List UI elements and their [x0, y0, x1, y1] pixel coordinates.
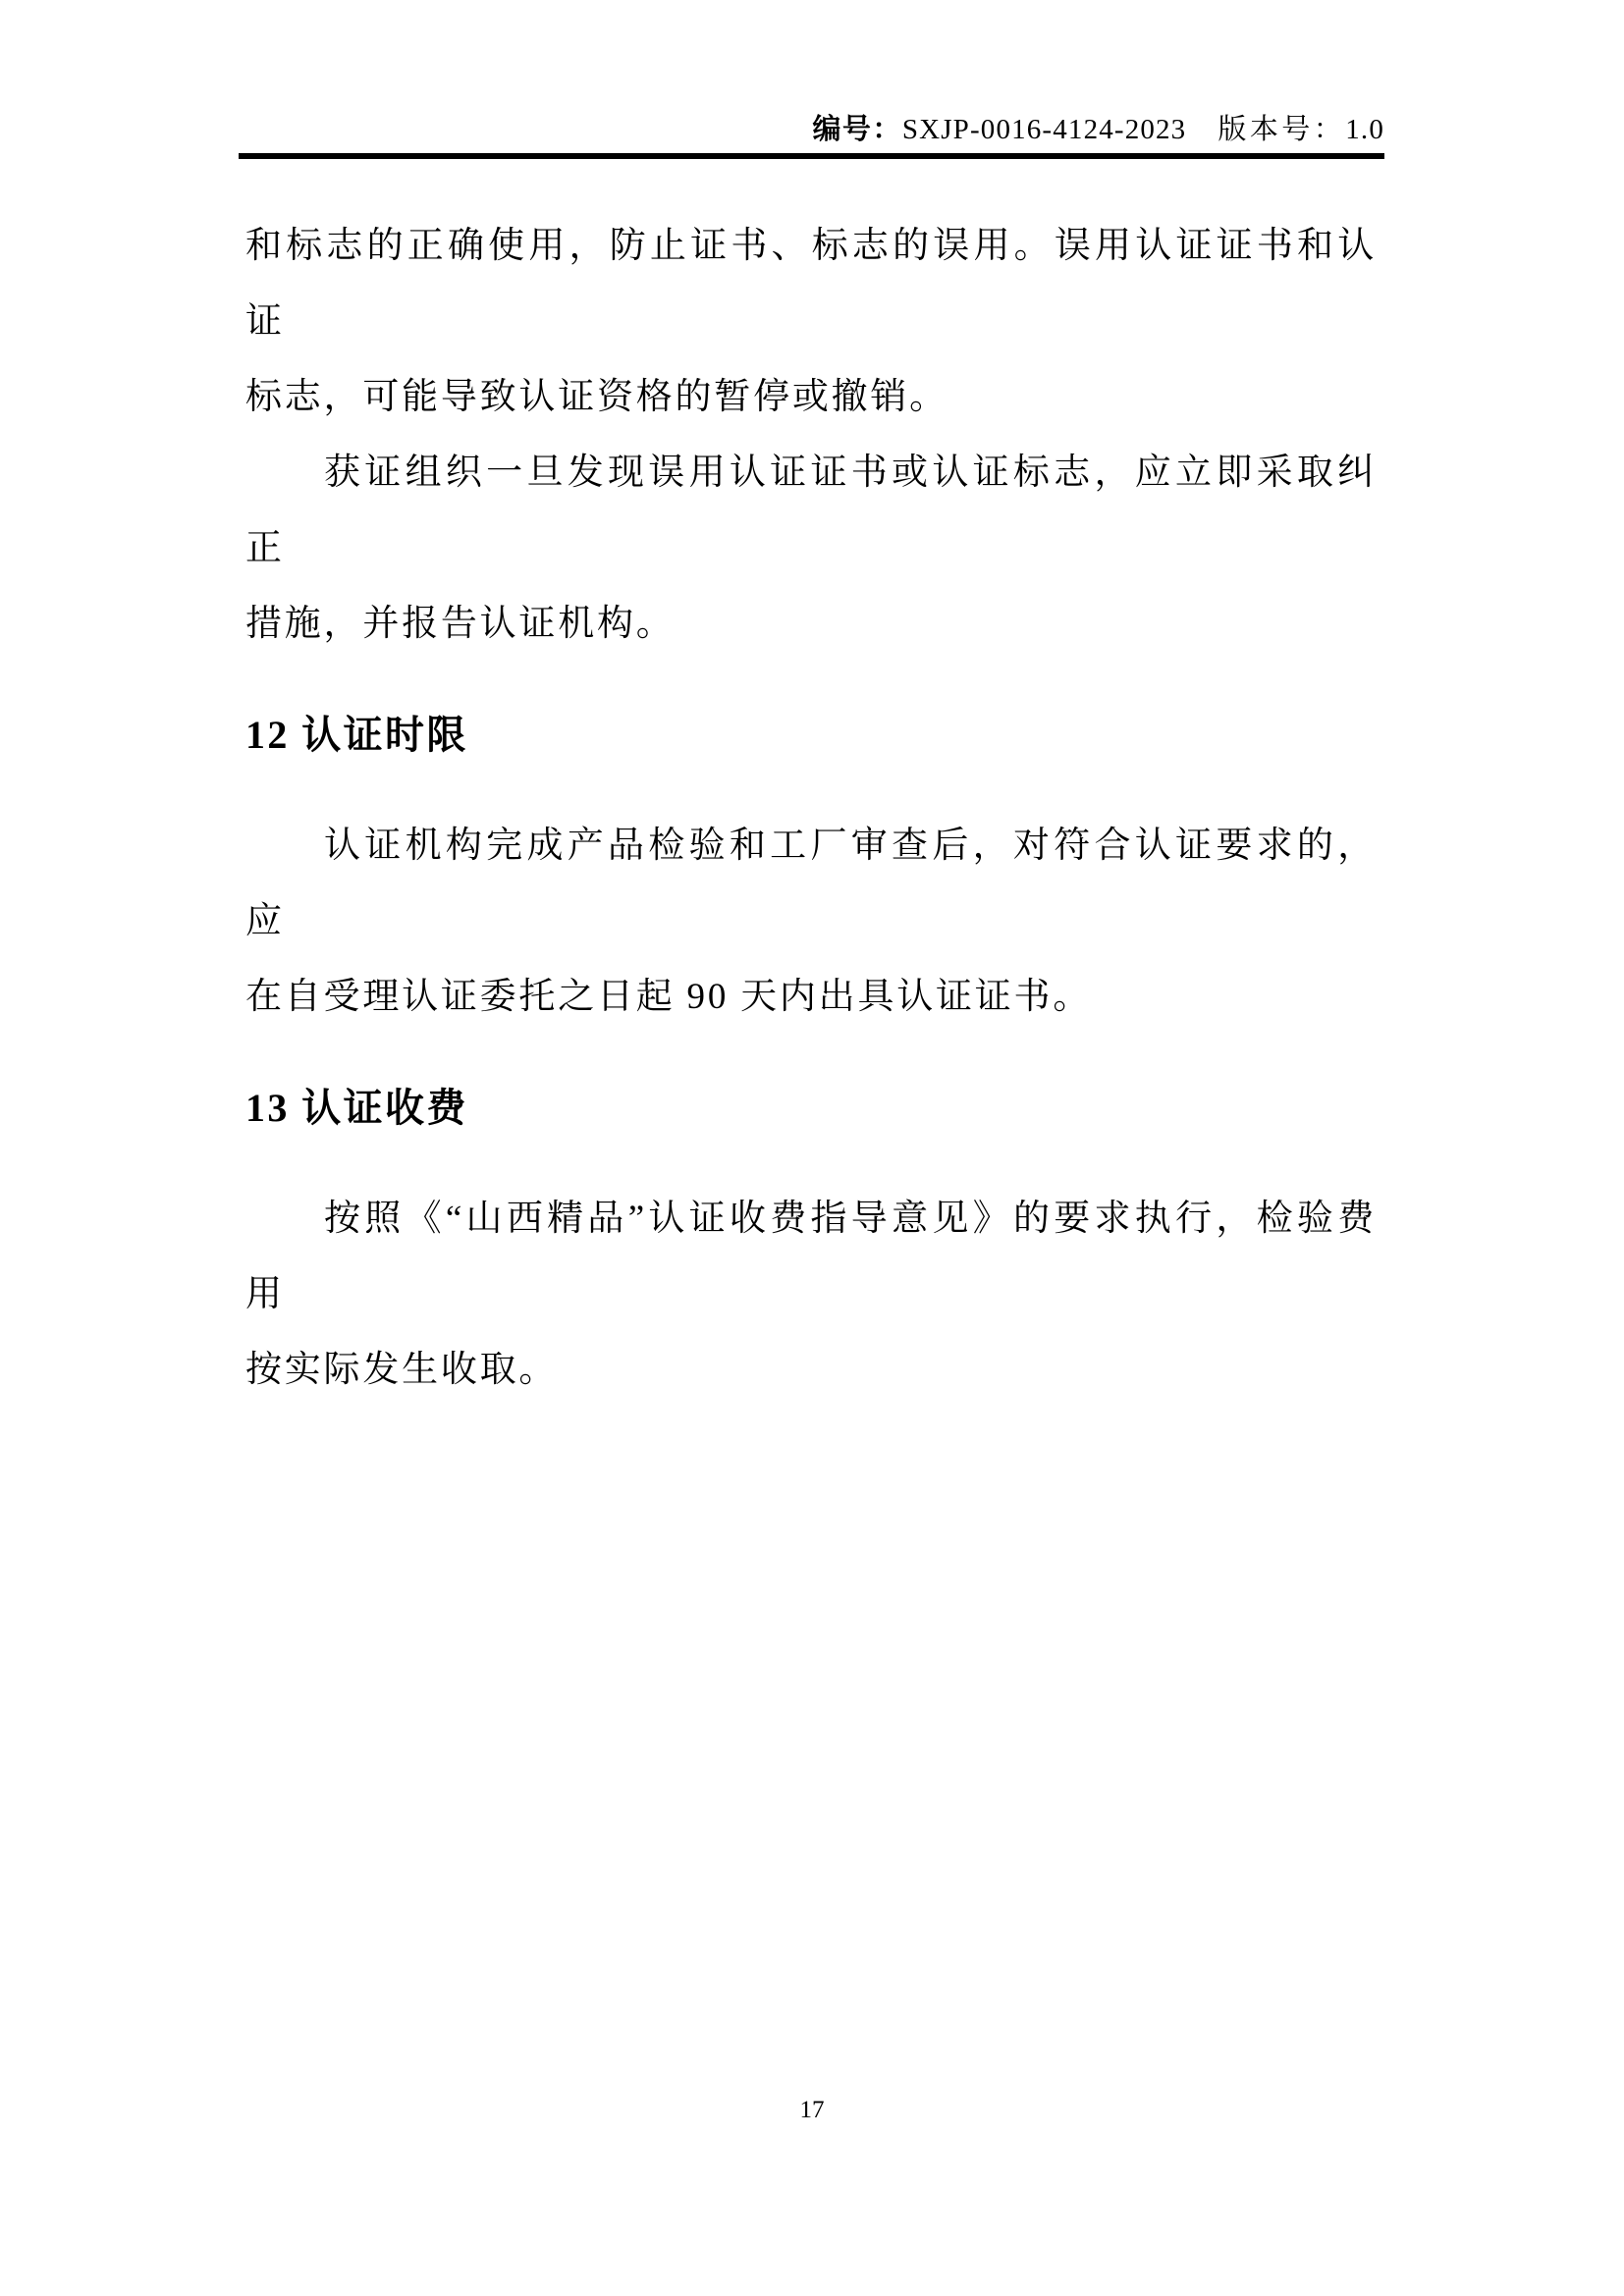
para-13-line-1: 按照《“山西精品”认证收费指导意见》的要求执行，检验费用: [245, 1181, 1377, 1332]
document-page: 编号：SXJP-0016-4124-2023版本号：1.0 和标志的正确使用，防…: [0, 0, 1624, 2296]
doc-code-value: SXJP-0016-4124-2023: [902, 114, 1187, 145]
para-misuse-line-1: 和标志的正确使用，防止证书、标志的误用。误用认证证书和认证: [245, 208, 1377, 359]
document-body: 和标志的正确使用，防止证书、标志的误用。误用认证证书和认证 标志，可能导致认证资…: [245, 208, 1377, 1408]
doc-version-value: 1.0: [1345, 114, 1384, 145]
page-header: 编号：SXJP-0016-4124-2023版本号：1.0: [812, 112, 1384, 147]
para-12-line-2: 在自受理认证委托之日起 90 天内出具认证证书。: [245, 959, 1377, 1035]
page-number: 17: [800, 2097, 825, 2123]
section-heading-12: 12 认证时限: [245, 697, 1377, 773]
doc-code-label: 编号：: [812, 114, 901, 145]
para-misuse-line-2: 标志，可能导致认证资格的暂停或撤销。: [245, 359, 1377, 435]
header-divider-rule: [239, 153, 1384, 159]
page-footer: 17: [0, 2096, 1624, 2125]
section-heading-13: 13 认证收费: [245, 1070, 1377, 1146]
para-corrective-line-1: 获证组织一旦发现误用认证证书或认证标志，应立即采取纠正: [245, 435, 1377, 586]
doc-version-label: 版本号：: [1218, 114, 1345, 145]
para-12-line-1: 认证机构完成产品检验和工厂审查后，对符合认证要求的，应: [245, 808, 1377, 959]
para-corrective-line-2: 措施，并报告认证机构。: [245, 586, 1377, 662]
para-13-line-2: 按实际发生收取。: [245, 1332, 1377, 1408]
